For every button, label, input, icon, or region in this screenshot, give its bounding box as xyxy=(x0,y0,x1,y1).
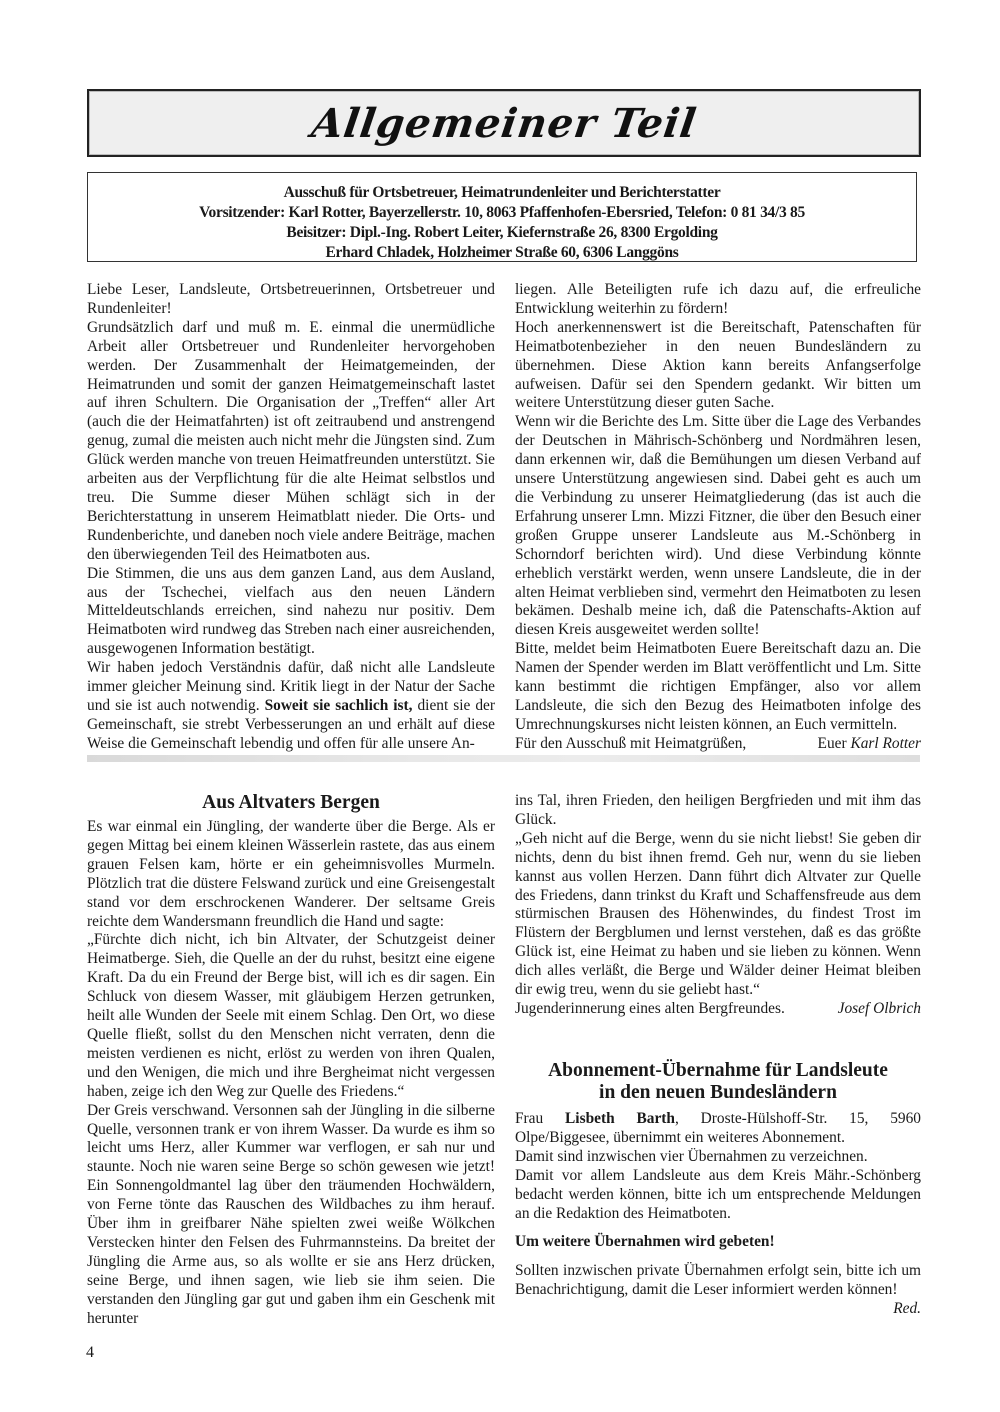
emphasis-text: Soweit sie sachlich ist, xyxy=(265,697,413,714)
story-author: Josef Olbrich xyxy=(838,1000,921,1019)
story-paragraph: ins Tal, ihren Frieden, den heiligen Ber… xyxy=(515,792,921,830)
letter-paragraph: Hoch anerkennenswert ist die Bereitschaf… xyxy=(515,319,921,414)
subscription-paragraph: Sollten inzwischen private Übernahmen er… xyxy=(515,1262,921,1300)
letter-paragraph: Wenn wir die Berichte des Lm. Sitte über… xyxy=(515,413,921,640)
story-paragraph: „Fürchte dich nicht, ich bin Altvater, d… xyxy=(87,931,495,1101)
committee-member-2: Erhard Chladek, Holzheimer Straße 60, 63… xyxy=(88,243,916,263)
story-closing: Jugenderinnerung eines alten Bergfreunde… xyxy=(515,1000,785,1019)
story-title: Aus Altvaters Bergen xyxy=(87,792,495,814)
subscription-paragraph: Frau Lisbeth Barth, Droste-Hülshoff-Str.… xyxy=(515,1110,921,1148)
page-number: 4 xyxy=(86,1344,94,1362)
story-left-column: Aus Altvaters Bergen Es war einmal ein J… xyxy=(87,792,495,1328)
letter-right-column: liegen. Alle Beteiligten rufe ich dazu a… xyxy=(515,281,921,754)
committee-name: Ausschuß für Ortsbetreuer, Heimatrundenl… xyxy=(88,183,916,203)
subscription-paragraph: Damit sind inzwischen vier Übernahmen zu… xyxy=(515,1148,921,1167)
section-divider xyxy=(87,755,920,762)
letter-closing: Für den Ausschuß mit Heimatgrüßen, xyxy=(515,735,746,754)
letter-left-column: Liebe Leser, Landsleute, Ortsbetreuerinn… xyxy=(87,281,495,754)
subscription-signature: Red. xyxy=(515,1300,921,1319)
section-title: Allgemeiner Teil xyxy=(309,100,700,147)
subscription-title: Abonnement-Übernahme für Landsleute in d… xyxy=(515,1060,921,1104)
story-right-column: ins Tal, ihren Frieden, den heiligen Ber… xyxy=(515,792,921,1019)
story-signature-line: Jugenderinnerung eines alten Bergfreunde… xyxy=(515,1000,921,1019)
letter-signature-line: Für den Ausschuß mit Heimatgrüßen, Euer … xyxy=(515,735,921,754)
subscription-paragraph: Damit vor allem Landsleute aus dem Kreis… xyxy=(515,1167,921,1224)
letter-paragraph: Die Stimmen, die uns aus dem ganzen Land… xyxy=(87,565,495,660)
committee-info-box: Ausschuß für Ortsbetreuer, Heimatrundenl… xyxy=(87,172,917,262)
story-paragraph: „Geh nicht auf die Berge, wenn du sie ni… xyxy=(515,830,921,1000)
committee-chair: Vorsitzender: Karl Rotter, Bayerzellerst… xyxy=(88,203,916,223)
story-paragraph: Der Greis verschwand. Versonnen sah der … xyxy=(87,1102,495,1329)
committee-member-1: Beisitzer: Dipl.-Ing. Robert Leiter, Kie… xyxy=(88,223,916,243)
letter-salutation: Liebe Leser, Landsleute, Ortsbetreuerinn… xyxy=(87,281,495,319)
letter-paragraph: Grundsätzlich darf und muß m. E. einmal … xyxy=(87,319,495,565)
letter-paragraph: Bitte, meldet beim Heimatboten Euere Ber… xyxy=(515,640,921,735)
story-paragraph: Es war einmal ein Jüngling, der wanderte… xyxy=(87,818,495,931)
subscription-subheading: Um weitere Übernahmen wird gebeten! xyxy=(515,1233,921,1252)
letter-paragraph: liegen. Alle Beteiligten rufe ich dazu a… xyxy=(515,281,921,319)
letter-paragraph: Wir haben jedoch Verständnis dafür, daß … xyxy=(87,659,495,754)
letter-signature: Euer Karl Rotter xyxy=(818,735,921,754)
subscriber-name: Lisbeth Barth xyxy=(565,1110,675,1127)
subscription-body: Frau Lisbeth Barth, Droste-Hülshoff-Str.… xyxy=(515,1110,921,1319)
section-title-box: Allgemeiner Teil xyxy=(87,89,921,157)
